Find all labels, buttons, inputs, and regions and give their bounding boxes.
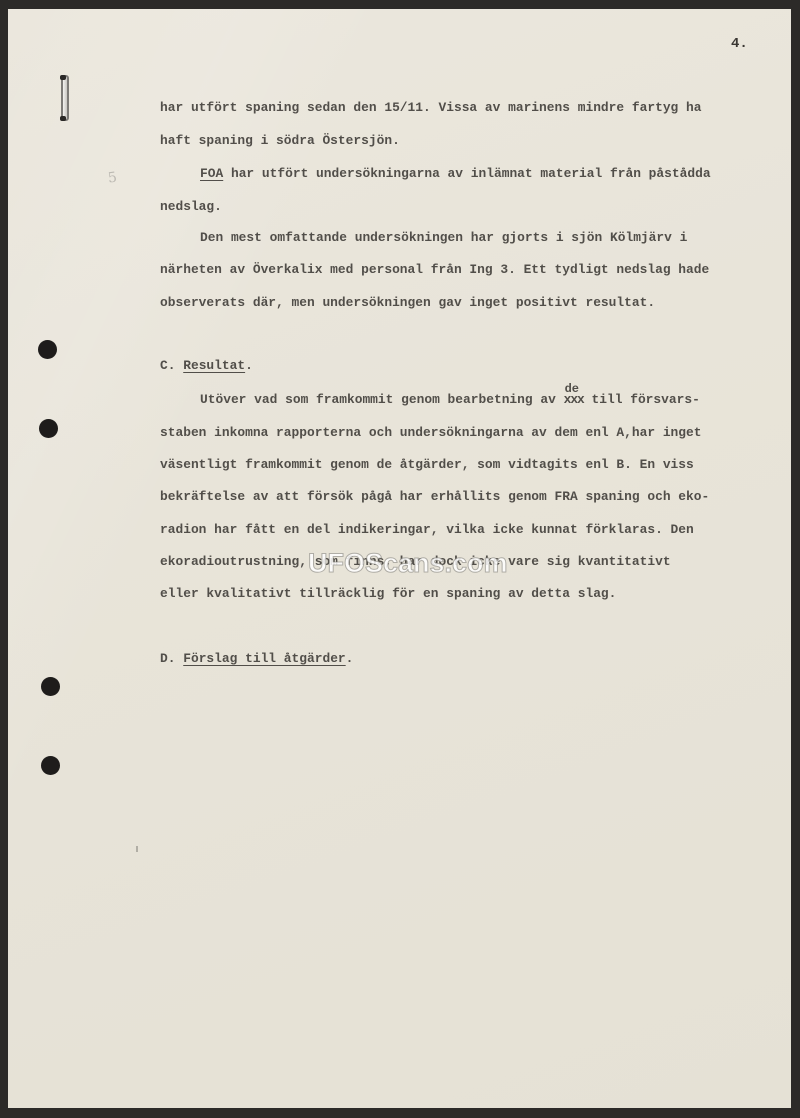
text-span: till försvars- [584,392,700,407]
text-line: Utöver vad som framkommit genom bearbetn… [200,392,700,408]
punch-hole-icon [39,419,58,438]
staple-clip-icon [61,75,69,121]
abbreviation-foa: FOA [200,166,223,181]
scan-frame: 5 4. har utfört spaning sedan den 15/11.… [0,0,800,1118]
section-heading-c: C. Resultat. [160,358,253,374]
text-line: observerats där, men undersökningen gav … [160,295,655,311]
text-line: väsentligt framkommit genom de åtgärder,… [160,457,694,473]
section-heading-d: D. Förslag till åtgärder. [160,651,353,667]
section-suffix: . [346,651,354,666]
text-line: har utfört spaning sedan den 15/11. Viss… [160,100,702,116]
correction-text: de [565,381,579,397]
text-span: har utfört undersökningarna av inlämnat … [223,166,710,181]
text-line: närheten av Överkalix med personal från … [160,262,709,278]
page-number: 4. [731,36,748,52]
text-line: staben inkomna rapporterna och undersökn… [160,425,702,441]
punch-hole-icon [41,756,60,775]
section-title: Förslag till åtgärder [183,651,345,666]
text-line: eller kvalitativt tillräcklig för en spa… [160,586,616,602]
punch-hole-icon [38,340,57,359]
section-title: Resultat [183,358,245,373]
text-line: bekräftelse av att försök pågå har erhål… [160,489,709,505]
text-span: Utöver vad som framkommit genom bearbetn… [200,392,564,407]
section-prefix: D. [160,651,183,666]
section-prefix: C. [160,358,183,373]
text-line: nedslag. [160,199,222,215]
paper-speck [136,846,138,852]
typed-correction: dexxx [564,392,584,408]
text-line: radion har fått en del indikeringar, vil… [160,522,694,538]
text-line: FOA har utfört undersökningarna av inläm… [200,166,711,182]
text-line: haft spaning i södra Östersjön. [160,133,400,149]
section-suffix: . [245,358,253,373]
punch-hole-icon [41,677,60,696]
watermark: UFOScans.com [308,548,508,579]
text-line: Den mest omfattande undersökningen har g… [200,230,687,246]
